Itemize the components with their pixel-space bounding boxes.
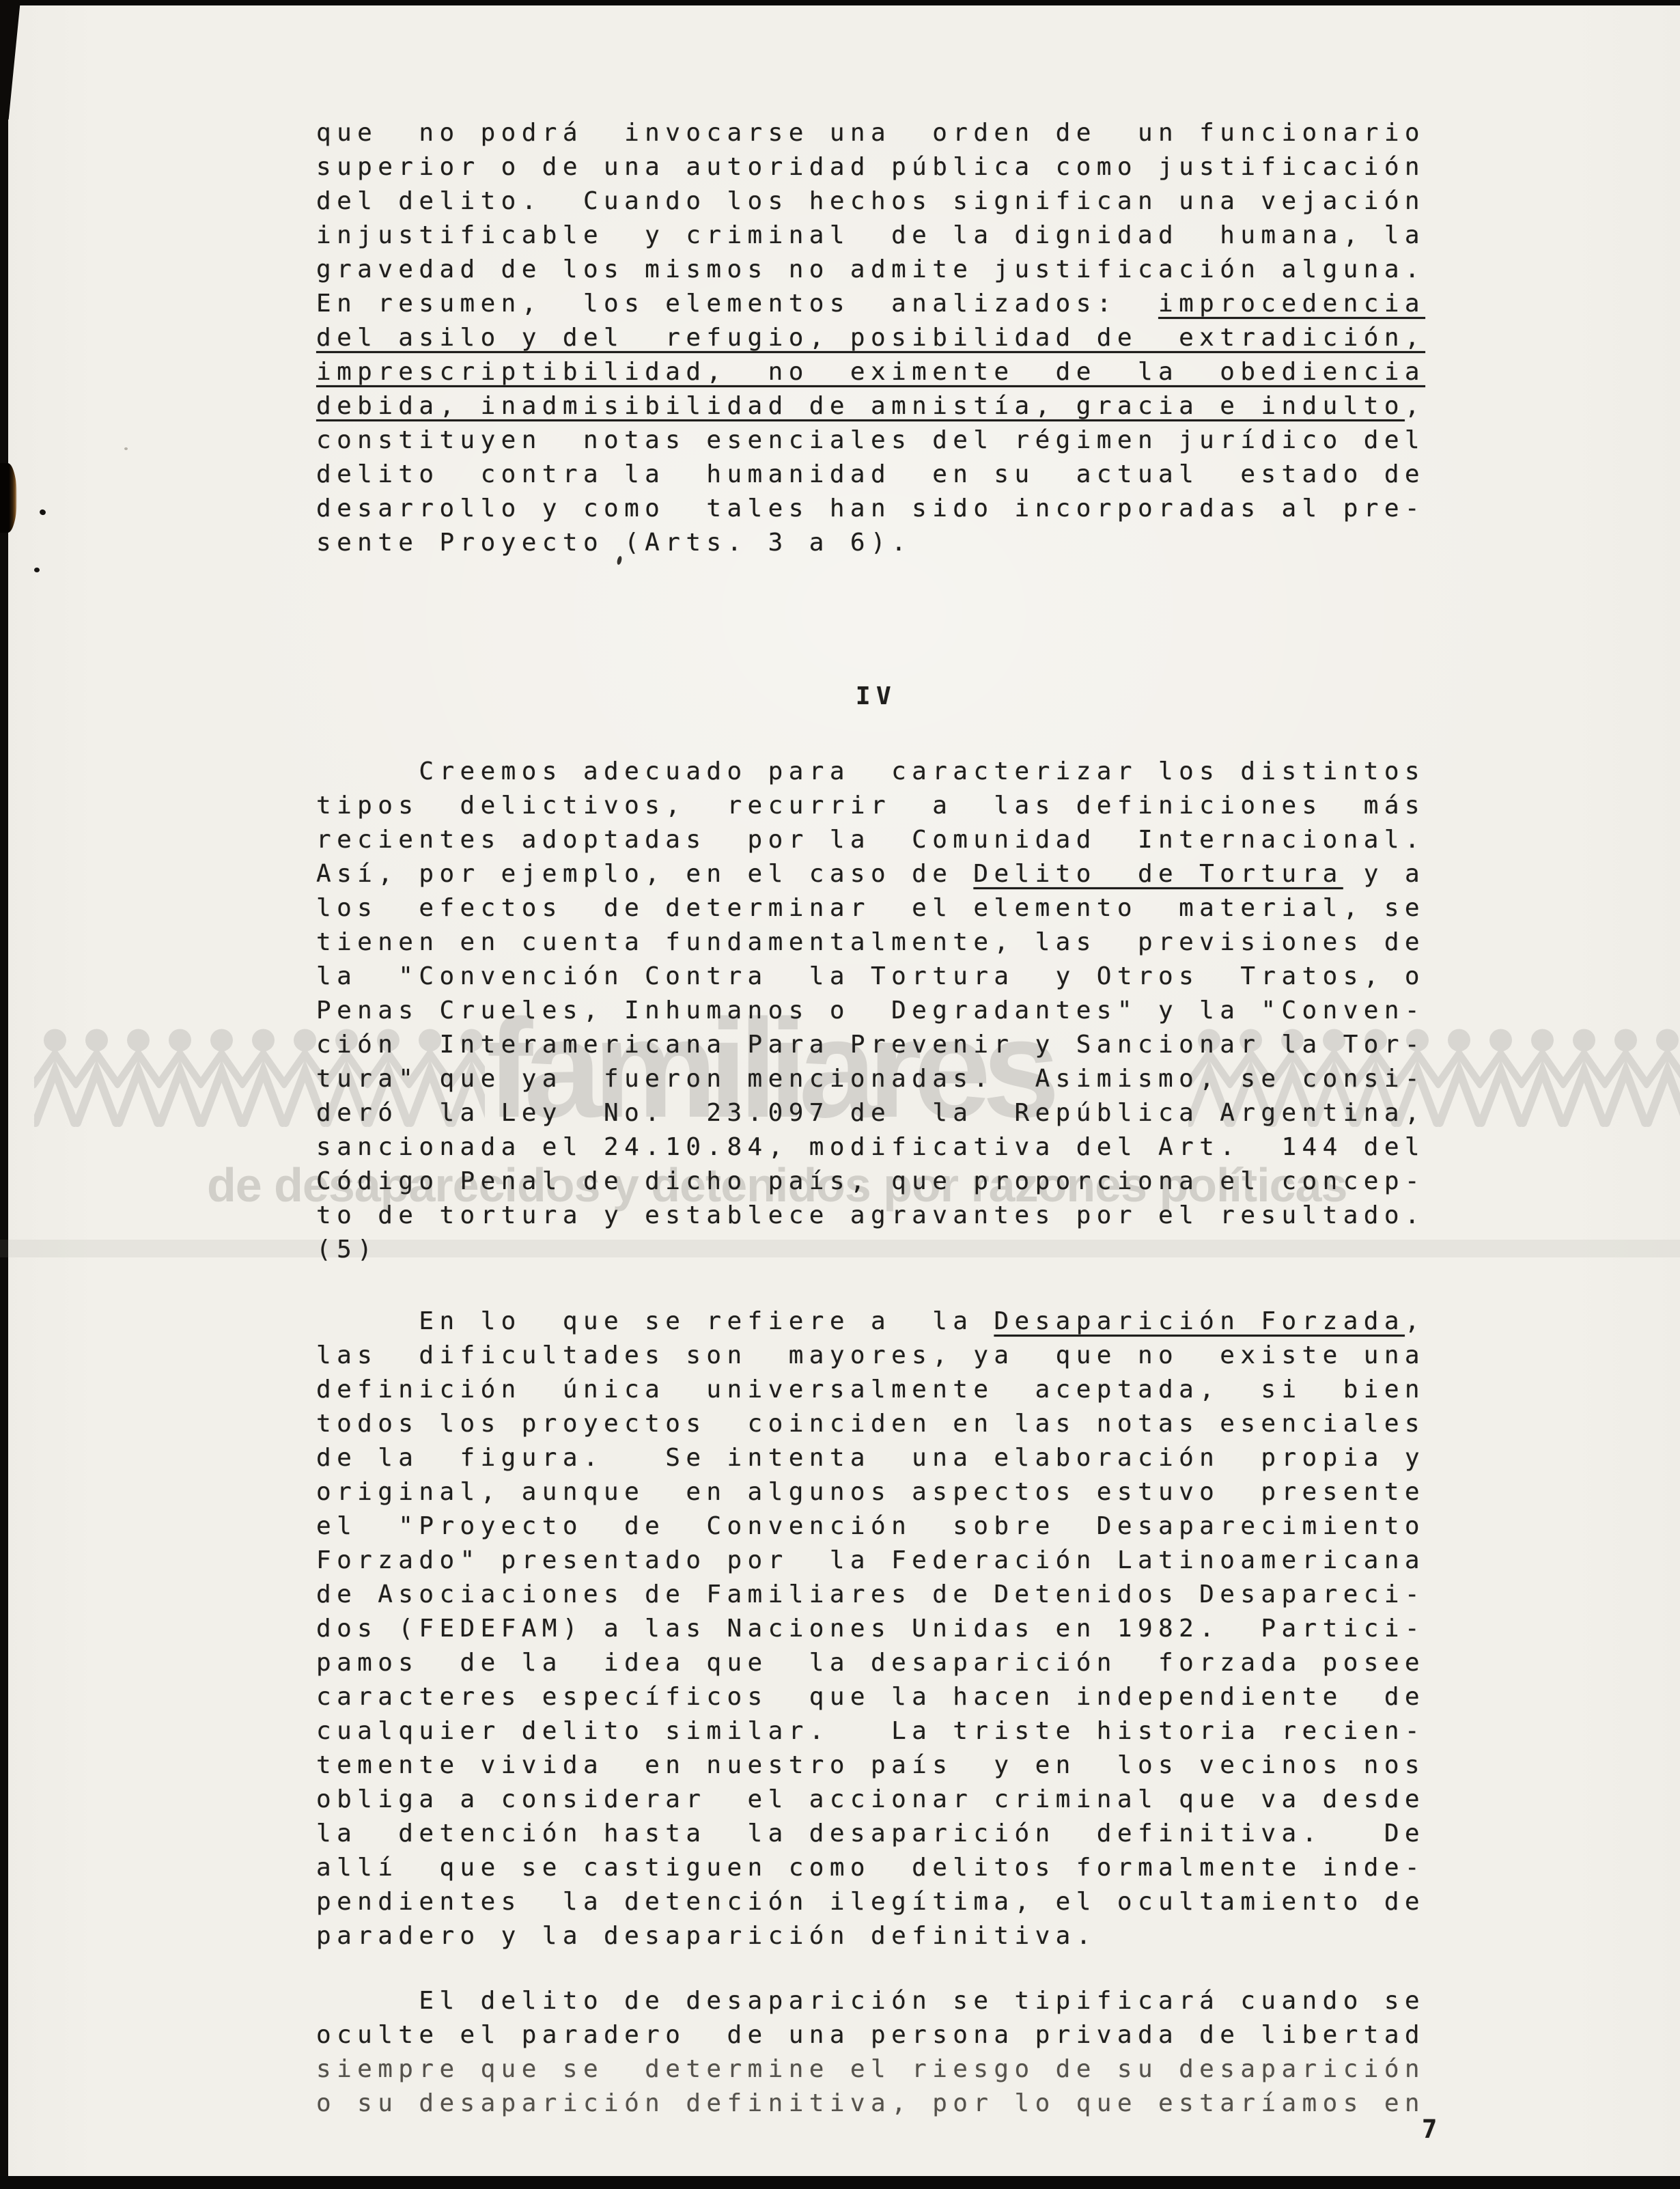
- paragraph: que no podrá invocarse una orden de un f…: [316, 116, 1436, 560]
- document-text: que no podrá invocarse una orden de un f…: [316, 116, 1436, 2121]
- paragraph: El delito de desaparición se tipificará …: [316, 1984, 1436, 2121]
- section-heading: IV: [316, 680, 1436, 714]
- paragraph: Creemos adecuado para caracterizar los d…: [316, 755, 1436, 1267]
- paragraph: En lo que se refiere a la Desaparición F…: [316, 1305, 1436, 1953]
- page-number: 7: [1422, 2113, 1437, 2147]
- scanned-page: familiares de desaparecidos y detenidos …: [0, 0, 1680, 2189]
